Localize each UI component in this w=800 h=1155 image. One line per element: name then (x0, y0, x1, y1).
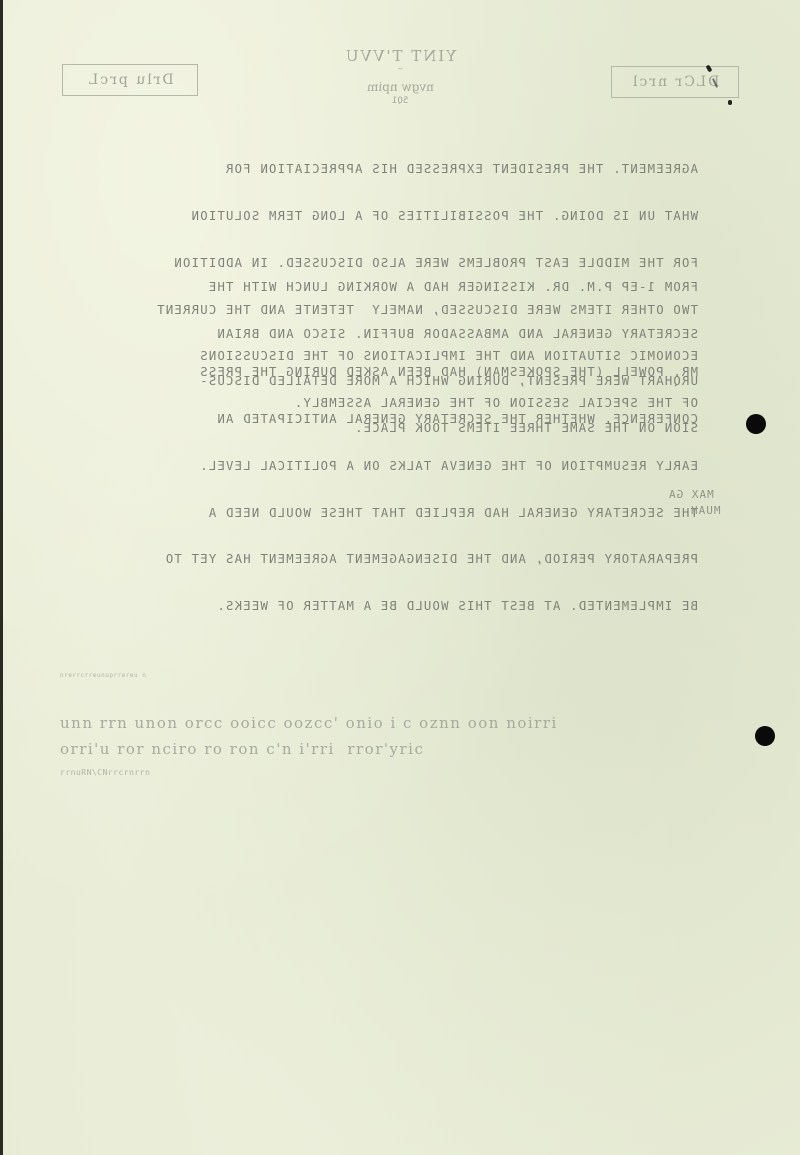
punch-hole-top (746, 414, 766, 434)
scan-edge (0, 0, 3, 1155)
p3-line-1: MR. POWELL (THE SPOKESMAN) HAD BEEN ASKE… (138, 365, 698, 381)
p1-line-2: WHAT UN IS DOING. THE POSSIBILITIES OF A… (138, 209, 698, 225)
paragraph-3: MR. POWELL (THE SPOKESMAN) HAD BEEN ASKE… (138, 334, 698, 630)
p1-line-1: AGREEMENT. THE PRESIDENT EXPRESSED HIS A… (138, 162, 698, 178)
p3-line-5: PREPARATORY PERIOD, AND THE DISENGAGEMEN… (138, 552, 698, 568)
ink-smudge-bottom (728, 100, 732, 105)
p2-line-1: FROM 1-EP P.M. DR. KISSINGER HAD A WORKI… (138, 280, 698, 296)
footer-tiny-line: nrerrcrreunuprrereu n (60, 672, 146, 679)
doc-title: YINT T'VVU (0, 47, 800, 65)
punch-hole-bottom (755, 726, 775, 746)
footer-line-1: unn rrn unon orcc ooicc oozcc' onio i c … (60, 714, 558, 732)
signature-line-1: MAX GA (668, 488, 714, 501)
title-rule: — (0, 64, 800, 73)
p3-line-4: THE SECRETARY GENERAL HAD REPLIED THAT T… (138, 506, 698, 522)
footer-code: rrnuRN\CNrrcrnrrn (60, 768, 150, 777)
signature-line-2: MUAH (690, 504, 721, 517)
p3-line-2: CONFERENCE, WHETHER THE SECRETARY GENERA… (138, 412, 698, 428)
doc-number: 5Q1 (0, 96, 800, 106)
p3-line-3: EARLY RESUMPTION OF THE GENEVA TALKS ON … (138, 459, 698, 475)
doc-subtitle: nvgw npim (0, 80, 800, 94)
footer-line-2: orri'u ror nciro ro ron c'n i'rri rror'y… (60, 740, 424, 758)
p3-line-6: BE IMPLEMENTED. AT BEST THIS WOULD BE A … (138, 599, 698, 615)
